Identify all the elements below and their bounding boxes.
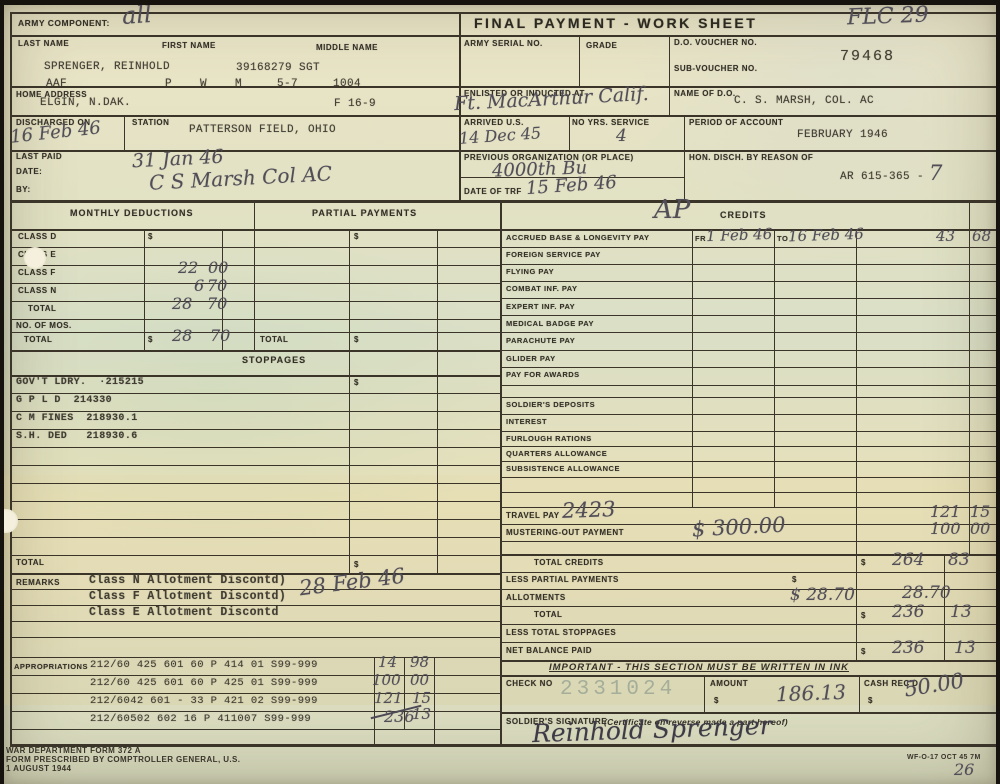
deductions-dollar-sign: $ <box>148 232 153 241</box>
credits-total-dollars-hw: 236 <box>892 602 924 622</box>
last-name-label: LAST NAME <box>18 39 69 48</box>
check-no-stamp: 2331024 <box>560 678 676 701</box>
credit-row-label: GLIDER PAY <box>506 354 556 363</box>
do-name-label: NAME OF D.O. <box>674 89 736 98</box>
grid-line <box>12 350 501 352</box>
grid-line <box>12 501 501 502</box>
appropriation-cents-hw: 98 <box>410 653 429 671</box>
date-label: DATE: <box>16 167 42 176</box>
address-value: ELGIN, N.DAK. <box>40 97 131 109</box>
grid-line <box>10 115 996 117</box>
total-credits-dollars-hw: 264 <box>892 550 924 570</box>
grid-line <box>692 229 693 507</box>
accrued-fr-label: FR <box>695 234 706 243</box>
station-label: STATION <box>132 118 169 127</box>
deductions-total-cents-hw: 70 <box>207 294 227 313</box>
credits-title: CREDITS <box>720 210 767 220</box>
grid-line <box>501 281 996 282</box>
amount-handwriting: 186.13 <box>776 680 847 706</box>
appropriation-dollars-hw: 100 <box>372 671 401 689</box>
remarks-date-handwriting: 28 Feb 46 <box>298 564 406 601</box>
grid-line <box>12 519 501 520</box>
credit-row-label: PAY FOR AWARDS <box>506 370 580 379</box>
net-balance-paid-label: NET BALANCE PAID <box>506 646 592 655</box>
accrued-fr-handwriting: 1 Feb 46 <box>706 225 773 245</box>
grid-line <box>12 301 501 302</box>
partial-total-dollar-sign: $ <box>354 335 359 344</box>
grid-line <box>501 298 996 299</box>
partial-payments-title: PARTIAL PAYMENTS <box>312 208 417 218</box>
credit-row-label: SUBSISTENCE ALLOWANCE <box>506 464 620 473</box>
grid-line <box>501 332 996 333</box>
amount-label: AMOUNT <box>710 679 748 688</box>
address-extra: F 16-9 <box>334 98 376 110</box>
credit-row-label: EXPERT INF. PAY <box>506 302 575 311</box>
deductions-grand-total-dollars-hw: 28 <box>172 326 192 345</box>
mustering-dollars-hw: 100 <box>930 519 961 538</box>
partial-total-label: TOTAL <box>260 335 288 344</box>
deductions-grand-total-cents-hw: 70 <box>210 326 230 345</box>
grid-line <box>12 429 501 430</box>
by-label: BY: <box>16 185 31 194</box>
allotments-value-handwriting: 28.70 <box>902 583 951 603</box>
footer-form-number: WAR DEPARTMENT FORM 372 A <box>6 746 141 755</box>
form-title: FINAL PAYMENT - WORK SHEET <box>474 15 757 31</box>
grid-line <box>774 229 775 507</box>
grid-line <box>501 315 996 316</box>
appropriation-code: 212/60 425 601 60 P 414 01 S99-999 <box>90 659 318 671</box>
class-n-label: CLASS N <box>18 286 57 295</box>
date-of-trf-label: DATE OF TRF <box>464 187 522 196</box>
serial-grade-value: 39168279 SGT <box>236 62 320 74</box>
grid-line <box>12 265 501 266</box>
credits-total-cents-hw: 13 <box>950 602 972 622</box>
grid-line <box>684 115 685 201</box>
grid-line <box>12 537 501 538</box>
credits-total-dollar-sign: $ <box>861 611 866 620</box>
stoppages-title: STOPPAGES <box>242 355 306 365</box>
credit-row-label: SOLDIER'S DEPOSITS <box>506 400 595 409</box>
stoppages-total-label: TOTAL <box>16 558 44 567</box>
grid-line <box>12 283 501 284</box>
credit-row-label: INTEREST <box>506 417 547 426</box>
accrued-dollars-hw: 43 <box>936 227 955 245</box>
check-no-label: CHECK NO <box>506 679 553 688</box>
appropriation-code: 212/6042 601 - 33 P 421 02 S99-999 <box>90 695 318 707</box>
deductions-total-dollars-hw: 28 <box>172 294 192 313</box>
credit-row-label: PARACHUTE PAY <box>506 336 575 345</box>
class-f-cents-hw: 00 <box>208 258 228 277</box>
do-voucher-label: D.O. VOUCHER NO. <box>674 38 757 47</box>
mustering-out-handwriting: $ 300.00 <box>691 513 786 542</box>
deductions-grand-total-label: TOTAL <box>24 335 52 344</box>
grid-line <box>501 572 996 573</box>
form-code-handwriting: FLC 29 <box>847 5 930 30</box>
grid-line <box>12 319 501 320</box>
stoppage-row: G P L D 214330 <box>16 395 112 406</box>
voucher-value: 79468 <box>840 48 895 65</box>
grid-line <box>501 446 996 447</box>
appropriation-dollars-hw: 14 <box>378 653 397 671</box>
class-n-dollars-hw: 6 <box>194 276 204 295</box>
remarks-label: REMARKS <box>16 578 60 587</box>
stoppages-total-dollar-sign: $ <box>354 560 359 569</box>
important-notice: IMPORTANT - THIS SECTION MUST BE WRITTEN… <box>549 662 849 673</box>
grid-line <box>12 729 501 730</box>
net-balance-dollars-hw: 236 <box>892 638 924 658</box>
class-d-label: CLASS D <box>18 232 57 241</box>
appropriation-dollars-hw: 121 <box>374 689 403 707</box>
allotments-amount-handwriting: $ 28.70 <box>790 585 855 605</box>
less-partial-dollar-sign: $ <box>792 575 797 584</box>
grid-line <box>124 115 125 151</box>
grid-line <box>501 477 996 478</box>
credit-row-label: FLYING PAY <box>506 267 554 276</box>
credit-row-label: FOREIGN SERVICE PAY <box>506 250 601 259</box>
cash-handwriting: 50.00 <box>902 668 965 701</box>
grid-line <box>12 332 501 333</box>
grid-line <box>501 350 996 351</box>
grid-line <box>859 675 860 712</box>
grid-line <box>254 200 255 350</box>
army-serial-label: ARMY SERIAL NO. <box>464 39 543 48</box>
hole-punch <box>4 509 18 533</box>
net-balance-dollar-sign: $ <box>861 647 866 656</box>
appropriation-code: 212/60 425 601 60 P 425 01 S99-999 <box>90 677 318 689</box>
grid-line <box>12 247 501 248</box>
army-component-label: ARMY COMPONENT: <box>18 18 110 28</box>
class-f-label: CLASS F <box>18 268 56 277</box>
travel-pay-label: TRAVEL PAY <box>506 511 560 520</box>
credit-row-label: FURLOUGH RATIONS <box>506 434 592 443</box>
remarks-line: Class N Allotment Discontd) <box>89 574 286 587</box>
address-overlay-typed: AAF P W M 5-7 1004 <box>46 78 361 90</box>
grid-line <box>12 555 501 556</box>
footer-prescribed-by: FORM PRESCRIBED BY COMPTROLLER GENERAL, … <box>6 755 240 764</box>
grid-line <box>501 624 996 625</box>
grid-line <box>12 621 501 622</box>
first-name-label: FIRST NAME <box>162 41 216 50</box>
grid-line <box>10 200 996 203</box>
total-credits-label: TOTAL CREDITS <box>534 558 604 567</box>
grid-line <box>569 115 570 151</box>
grade-label: GRADE <box>586 41 617 50</box>
hole-punch <box>24 247 46 269</box>
name-value: SPRENGER, REINHOLD <box>44 61 170 73</box>
grid-line <box>579 35 580 87</box>
grid-line <box>501 541 996 542</box>
appropriation-code: 212/60502 602 16 P 411007 S99-999 <box>90 713 311 725</box>
period-value: FEBRUARY 1946 <box>797 129 888 141</box>
remarks-line: Class F Allotment Discontd) <box>89 590 286 603</box>
less-total-stoppages-label: LESS TOTAL STOPPAGES <box>506 628 616 637</box>
grid-line <box>10 12 12 744</box>
partial-dollar-sign: $ <box>354 232 359 241</box>
accrued-to-handwriting: 16 Feb 46 <box>788 225 864 246</box>
class-f-dollars-hw: 22 <box>178 258 198 277</box>
grid-line <box>501 492 996 493</box>
last-paid-label: LAST PAID <box>16 152 62 161</box>
deductions-total-dollar-sign: $ <box>148 335 153 344</box>
grid-line <box>349 229 350 573</box>
army-component-handwriting: all <box>121 5 153 30</box>
no-of-mos-label: NO. OF MOS. <box>16 321 72 330</box>
credits-annotation-handwriting: AP <box>654 195 690 225</box>
grid-line <box>10 744 996 747</box>
grid-line <box>501 397 996 398</box>
grid-line <box>12 393 501 394</box>
grid-line <box>944 554 945 660</box>
do-name-value: C. S. MARSH, COL. AC <box>734 95 874 107</box>
mustering-out-label: MUSTERING-OUT PAYMENT <box>506 528 624 537</box>
grid-line <box>12 637 501 638</box>
monthly-deductions-title: MONTHLY DEDUCTIONS <box>70 208 194 218</box>
grid-line <box>501 367 996 368</box>
scanned-final-payment-worksheet: ARMY COMPONENT: all FINAL PAYMENT - WORK… <box>4 5 996 784</box>
grid-line <box>12 447 501 448</box>
hon-disch-label: HON. DISCH. BY REASON OF <box>689 153 813 162</box>
credit-row-label: QUARTERS ALLOWANCE <box>506 449 607 458</box>
travel-pay-handwriting: 2423 <box>562 497 616 523</box>
grid-line <box>501 264 996 265</box>
grid-line <box>501 385 996 386</box>
credits-total-label: TOTAL <box>534 610 562 619</box>
net-balance-cents-hw: 13 <box>954 638 976 658</box>
grid-line <box>501 461 996 462</box>
yrs-service-handwriting: 4 <box>616 126 627 146</box>
grid-line <box>969 200 970 554</box>
grid-line <box>12 483 501 484</box>
grid-line <box>704 675 705 712</box>
deductions-total-label: TOTAL <box>28 304 56 313</box>
stoppage-row: S.H. DED 218930.6 <box>16 431 138 442</box>
grid-line <box>12 465 501 466</box>
credit-row-label: COMBAT INF. PAY <box>506 284 578 293</box>
less-partial-payments-label: LESS PARTIAL PAYMENTS <box>506 575 619 584</box>
hon-disch-value: AR 615-365 - <box>840 171 924 183</box>
mustering-cents-hw: 00 <box>970 519 990 538</box>
grid-line <box>437 229 438 573</box>
sub-voucher-label: SUB-VOUCHER NO. <box>674 64 758 73</box>
cash-dollar-sign: $ <box>868 696 873 705</box>
grid-line <box>501 431 996 432</box>
stoppages-dollar-sign: $ <box>354 378 359 387</box>
amount-dollar-sign: $ <box>714 696 719 705</box>
grid-line <box>669 35 670 116</box>
grid-line <box>12 411 501 412</box>
appropriations-label: APPROPRIATIONS <box>14 662 88 671</box>
station-value: PATTERSON FIELD, OHIO <box>189 124 336 136</box>
remarks-line: Class E Allotment Discontd <box>89 606 279 619</box>
stoppage-row: GOV'T LDRY. ·215215 <box>16 377 144 388</box>
footer-scribble-handwriting: 26 <box>954 760 974 779</box>
hon-disch-handwriting: 7 <box>929 161 942 185</box>
grid-line <box>856 229 857 660</box>
appropriation-cents-hw: 00 <box>410 671 429 689</box>
accrued-pay-label: ACCRUED BASE & LONGEVITY PAY <box>506 233 649 242</box>
allotments-label: ALLOTMENTS <box>506 593 566 602</box>
middle-name-label: MIDDLE NAME <box>316 43 378 52</box>
yrs-service-label: NO YRS. SERVICE <box>572 118 649 127</box>
credit-row-label: MEDICAL BADGE PAY <box>506 319 594 328</box>
footer-date: 1 AUGUST 1944 <box>6 764 71 773</box>
grid-line <box>501 247 996 248</box>
stoppage-row: C M FINES 218930.1 <box>16 413 138 424</box>
grid-line <box>501 414 996 415</box>
accrued-cents-hw: 68 <box>972 227 991 245</box>
accrued-to-label: TO <box>777 234 788 243</box>
total-credits-cents-hw: 83 <box>948 550 970 570</box>
period-label: PERIOD OF ACCOUNT <box>689 118 783 127</box>
grid-line <box>10 35 996 37</box>
class-n-cents-hw: 70 <box>207 276 227 295</box>
total-credits-dollar-sign: $ <box>861 558 866 567</box>
grid-line <box>434 657 435 744</box>
